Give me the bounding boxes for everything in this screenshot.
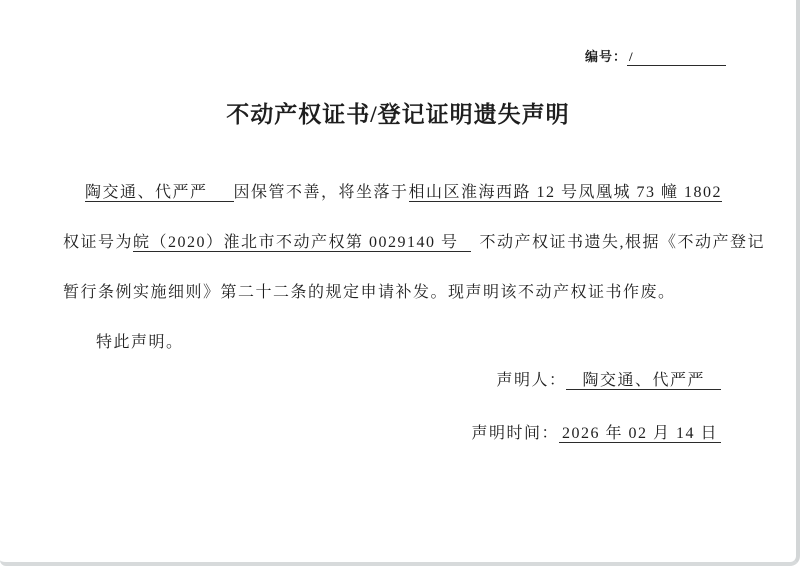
serial-value: /: [629, 49, 634, 64]
declare-date-row: 声明时间：2026 年 02 月 14 日: [471, 421, 721, 447]
statement-line3: 暂行条例实施细则》第二十二条的规定申请补发。现声明该不动产权证书作废。: [63, 268, 770, 318]
statement-line2: 权证号为皖（2020）淮北市不动产权第 0029140 号不动产权证书遗失,根据…: [63, 218, 770, 268]
statement-line2-suffix: 不动产权证书遗失,根据《不动产登记: [480, 234, 766, 251]
declare-date-label: 声明时间：: [471, 425, 559, 442]
declarant-row: 声明人：陶交通、代严严: [496, 368, 721, 394]
serial-label: 编号：: [585, 49, 627, 64]
declarant-value: 陶交通、代严严: [566, 372, 721, 390]
statement-line1-text: 因保管不善，将坐落于: [234, 184, 409, 201]
owner-names: 陶交通、代严严: [85, 184, 234, 202]
document-title: 不动产权证书/登记证明遗失声明: [0, 96, 796, 129]
declare-date-value: 2026 年 02 月 14 日: [559, 425, 721, 443]
serial-value-blank: /: [627, 49, 726, 66]
statement-paragraph: 陶交通、代严严因保管不善，将坐落于相山区淮海西路 12 号凤凰城 73 幢 18…: [63, 168, 770, 368]
serial-number-row: 编号：/: [585, 46, 726, 66]
declarant-label: 声明人：: [496, 372, 566, 389]
certificate-number: 皖（2020）淮北市不动产权第 0029140 号: [133, 234, 471, 252]
statement-line2-prefix: 权证号为: [63, 234, 133, 251]
property-address: 相山区淮海西路 12 号凤凰城 73 幢 1802: [409, 184, 723, 202]
statement-line1: 陶交通、代严严因保管不善，将坐落于相山区淮海西路 12 号凤凰城 73 幢 18…: [63, 168, 770, 218]
closing-statement: 特此声明。: [63, 318, 770, 368]
document-page: 编号：/ 不动产权证书/登记证明遗失声明 陶交通、代严严因保管不善，将坐落于相山…: [0, 0, 800, 566]
